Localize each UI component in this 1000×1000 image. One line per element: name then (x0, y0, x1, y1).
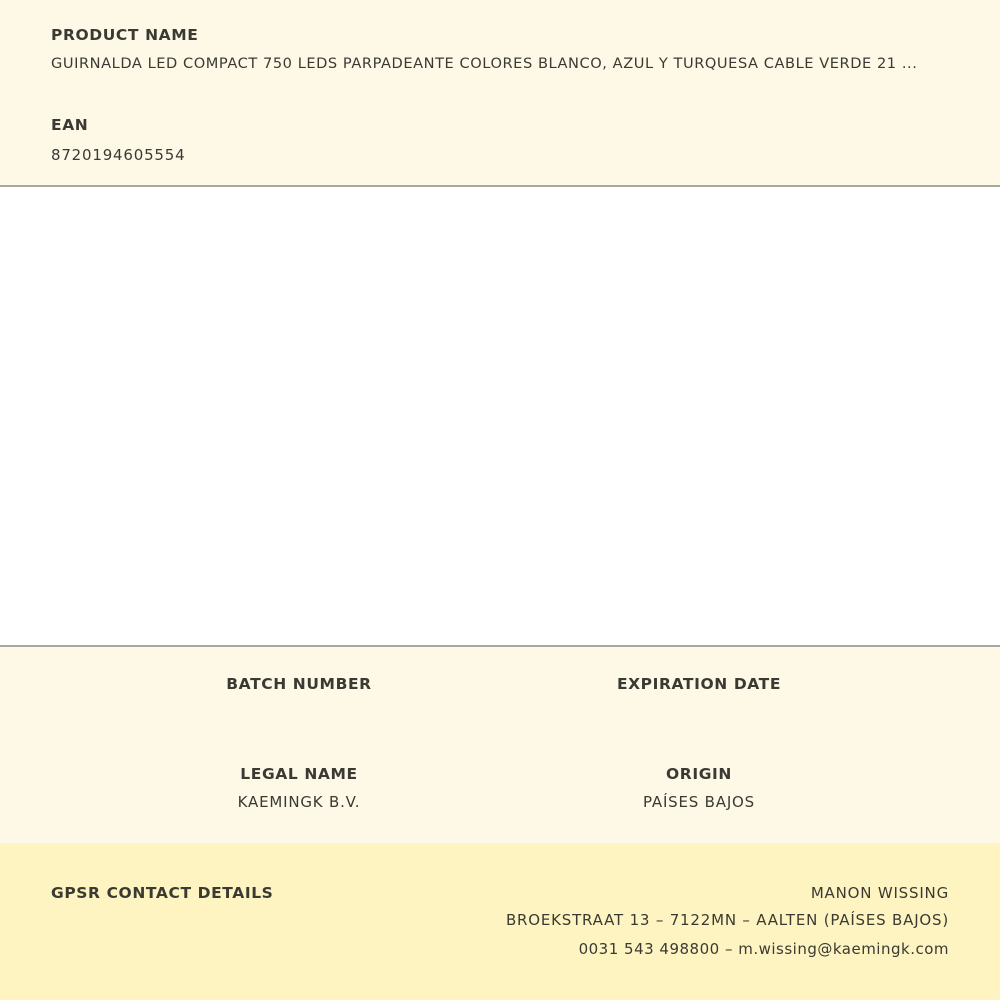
product-name-value: GUIRNALDA LED COMPACT 750 LEDS PARPADEAN… (51, 55, 917, 72)
expiration-date-field: EXPIRATION DATE (549, 675, 849, 703)
batch-number-label: BATCH NUMBER (149, 675, 449, 693)
origin-field: ORIGIN PAÍSES BAJOS (549, 765, 849, 811)
ean-value: 8720194605554 (51, 146, 185, 164)
gpsr-address: BROEKSTRAAT 13 – 7122MN – AALTEN (PAÍSES… (506, 911, 949, 929)
batch-number-field: BATCH NUMBER (149, 675, 449, 703)
gpsr-label: GPSR CONTACT DETAILS (51, 884, 273, 902)
origin-label: ORIGIN (549, 765, 849, 783)
product-name-label: PRODUCT NAME (51, 26, 198, 44)
product-section: PRODUCT NAME GUIRNALDA LED COMPACT 750 L… (0, 0, 1000, 187)
gpsr-phone-email: 0031 543 498800 – m.wissing@kaemingk.com (579, 940, 949, 958)
gpsr-section: GPSR CONTACT DETAILS MANON WISSING BROEK… (0, 843, 1000, 1000)
info-section: BATCH NUMBER EXPIRATION DATE LEGAL NAME … (0, 645, 1000, 845)
legal-name-label: LEGAL NAME (149, 765, 449, 783)
gpsr-contact-name: MANON WISSING (811, 884, 949, 902)
expiration-date-label: EXPIRATION DATE (549, 675, 849, 693)
legal-name-field: LEGAL NAME KAEMINGK B.V. (149, 765, 449, 811)
origin-value: PAÍSES BAJOS (549, 793, 849, 811)
legal-name-value: KAEMINGK B.V. (149, 793, 449, 811)
ean-label: EAN (51, 116, 88, 134)
blank-area (0, 187, 1000, 645)
